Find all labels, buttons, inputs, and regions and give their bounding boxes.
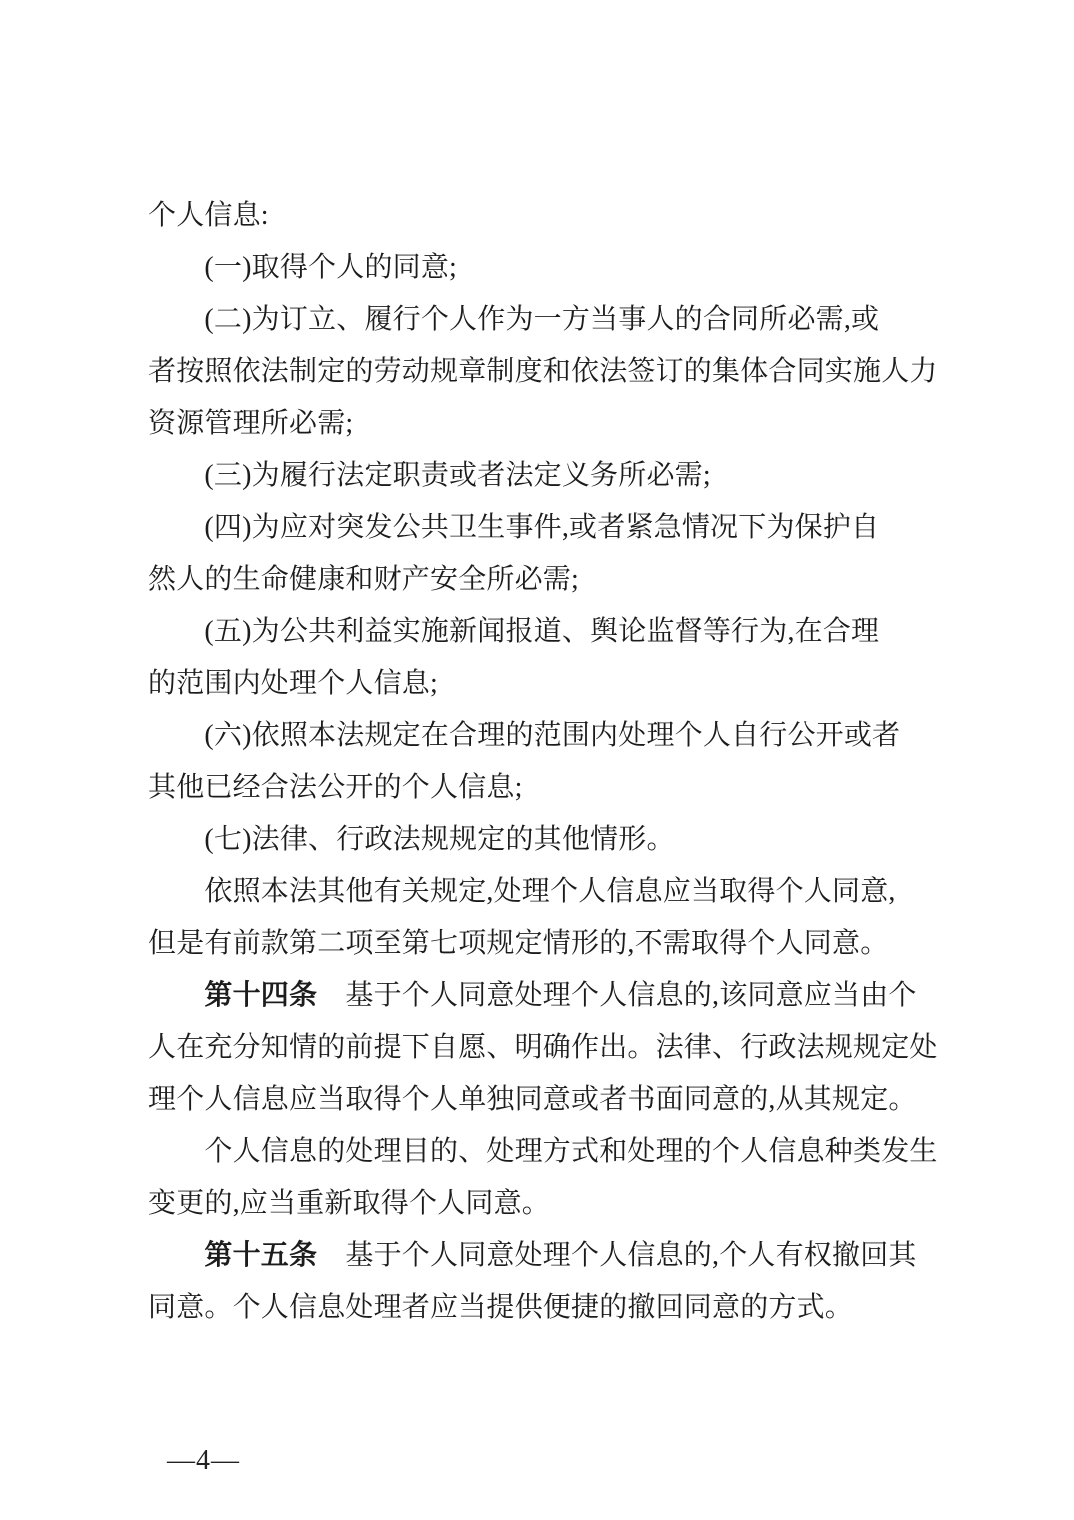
text-segment: 依照本法其他有关规定,处理个人信息应当取得个人同意, bbox=[204, 876, 895, 907]
text-segment: 同意。个人信息处理者应当提供便捷的撤回同意的方式。 bbox=[148, 1292, 853, 1323]
text-segment: 理个人信息应当取得个人单独同意或者书面同意的,从其规定。 bbox=[148, 1084, 917, 1115]
text-segment: 其他已经合法公开的个人信息; bbox=[148, 772, 523, 803]
text-segment: 基于个人同意处理个人信息的,该同意应当由个 bbox=[317, 980, 916, 1011]
text-segment: 人在充分知情的前提下自愿、明确作出。法律、行政法规规定处 bbox=[148, 1032, 938, 1063]
text-line: 依照本法其他有关规定,处理个人信息应当取得个人同意, bbox=[148, 866, 944, 918]
text-line: (二)为订立、履行个人作为一方当事人的合同所必需,或 bbox=[148, 294, 944, 346]
text-line: 人在充分知情的前提下自愿、明确作出。法律、行政法规规定处 bbox=[148, 1022, 944, 1074]
article-number: 第十五条 bbox=[204, 1240, 317, 1271]
text-segment: 个人信息: bbox=[148, 200, 269, 231]
text-line: 个人信息: bbox=[148, 190, 944, 242]
article-number: 第十四条 bbox=[204, 980, 317, 1011]
text-line: 的范围内处理个人信息; bbox=[148, 658, 944, 710]
text-segment: (七)法律、行政法规规定的其他情形。 bbox=[204, 824, 674, 855]
text-line: 者按照依法制定的劳动规章制度和依法签订的集体合同实施人力 bbox=[148, 346, 944, 398]
text-segment: 变更的,应当重新取得个人同意。 bbox=[148, 1188, 550, 1219]
text-line: (一)取得个人的同意; bbox=[148, 242, 944, 294]
text-segment: (五)为公共利益实施新闻报道、舆论监督等行为,在合理 bbox=[204, 616, 879, 647]
text-line: 变更的,应当重新取得个人同意。 bbox=[148, 1178, 944, 1230]
text-line: 个人信息的处理目的、处理方式和处理的个人信息种类发生 bbox=[148, 1126, 944, 1178]
text-line: (六)依照本法规定在合理的范围内处理个人自行公开或者 bbox=[148, 710, 944, 762]
text-segment: (三)为履行法定职责或者法定义务所必需; bbox=[204, 460, 710, 491]
text-line: 同意。个人信息处理者应当提供便捷的撤回同意的方式。 bbox=[148, 1282, 944, 1334]
text-segment: 的范围内处理个人信息; bbox=[148, 668, 438, 699]
text-segment: (一)取得个人的同意; bbox=[204, 252, 457, 283]
text-segment: 个人信息的处理目的、处理方式和处理的个人信息种类发生 bbox=[204, 1136, 937, 1167]
text-line: 第十四条 基于个人同意处理个人信息的,该同意应当由个 bbox=[148, 970, 944, 1022]
text-segment: 但是有前款第二项至第七项规定情形的,不需取得个人同意。 bbox=[148, 928, 888, 959]
text-line: (三)为履行法定职责或者法定义务所必需; bbox=[148, 450, 944, 502]
text-segment: 然人的生命健康和财产安全所必需; bbox=[148, 564, 579, 595]
page-number: —4— bbox=[167, 1441, 240, 1481]
text-line: (五)为公共利益实施新闻报道、舆论监督等行为,在合理 bbox=[148, 606, 944, 658]
text-line: 第十五条 基于个人同意处理个人信息的,个人有权撤回其 bbox=[148, 1230, 944, 1282]
text-segment: 资源管理所必需; bbox=[148, 408, 353, 439]
text-segment: 基于个人同意处理个人信息的,个人有权撤回其 bbox=[317, 1240, 916, 1271]
text-line: 理个人信息应当取得个人单独同意或者书面同意的,从其规定。 bbox=[148, 1074, 944, 1126]
text-line: (四)为应对突发公共卫生事件,或者紧急情况下为保护自 bbox=[148, 502, 944, 554]
text-segment: (四)为应对突发公共卫生事件,或者紧急情况下为保护自 bbox=[204, 512, 879, 543]
text-line: (七)法律、行政法规规定的其他情形。 bbox=[148, 814, 944, 866]
text-segment: (二)为订立、履行个人作为一方当事人的合同所必需,或 bbox=[204, 304, 879, 335]
document-page: 个人信息:(一)取得个人的同意;(二)为订立、履行个人作为一方当事人的合同所必需… bbox=[0, 0, 1074, 1520]
text-segment: 者按照依法制定的劳动规章制度和依法签订的集体合同实施人力 bbox=[148, 356, 938, 387]
text-segment: (六)依照本法规定在合理的范围内处理个人自行公开或者 bbox=[204, 720, 900, 751]
text-line: 资源管理所必需; bbox=[148, 398, 944, 450]
text-line: 其他已经合法公开的个人信息; bbox=[148, 762, 944, 814]
text-line: 然人的生命健康和财产安全所必需; bbox=[148, 554, 944, 606]
text-lines: 个人信息:(一)取得个人的同意;(二)为订立、履行个人作为一方当事人的合同所必需… bbox=[148, 190, 944, 1334]
text-line: 但是有前款第二项至第七项规定情形的,不需取得个人同意。 bbox=[148, 918, 944, 970]
